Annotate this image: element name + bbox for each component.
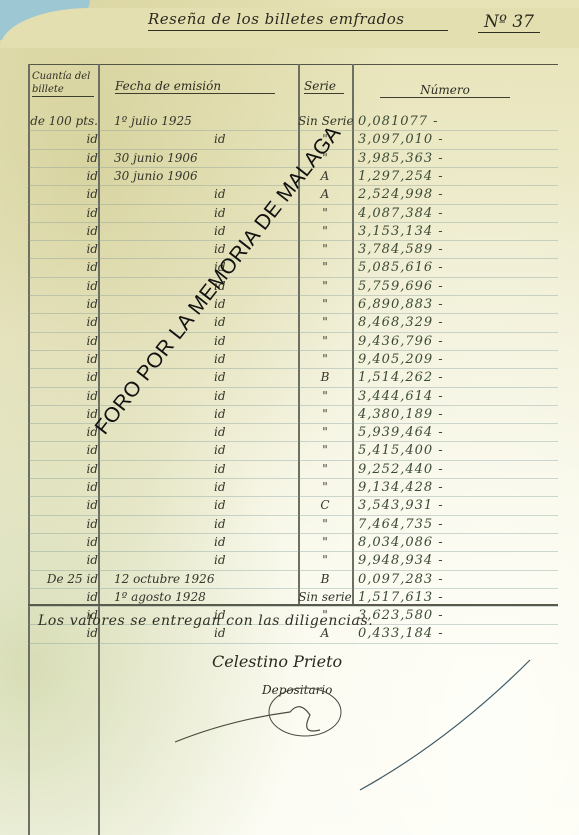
pen-strokes <box>0 0 579 835</box>
